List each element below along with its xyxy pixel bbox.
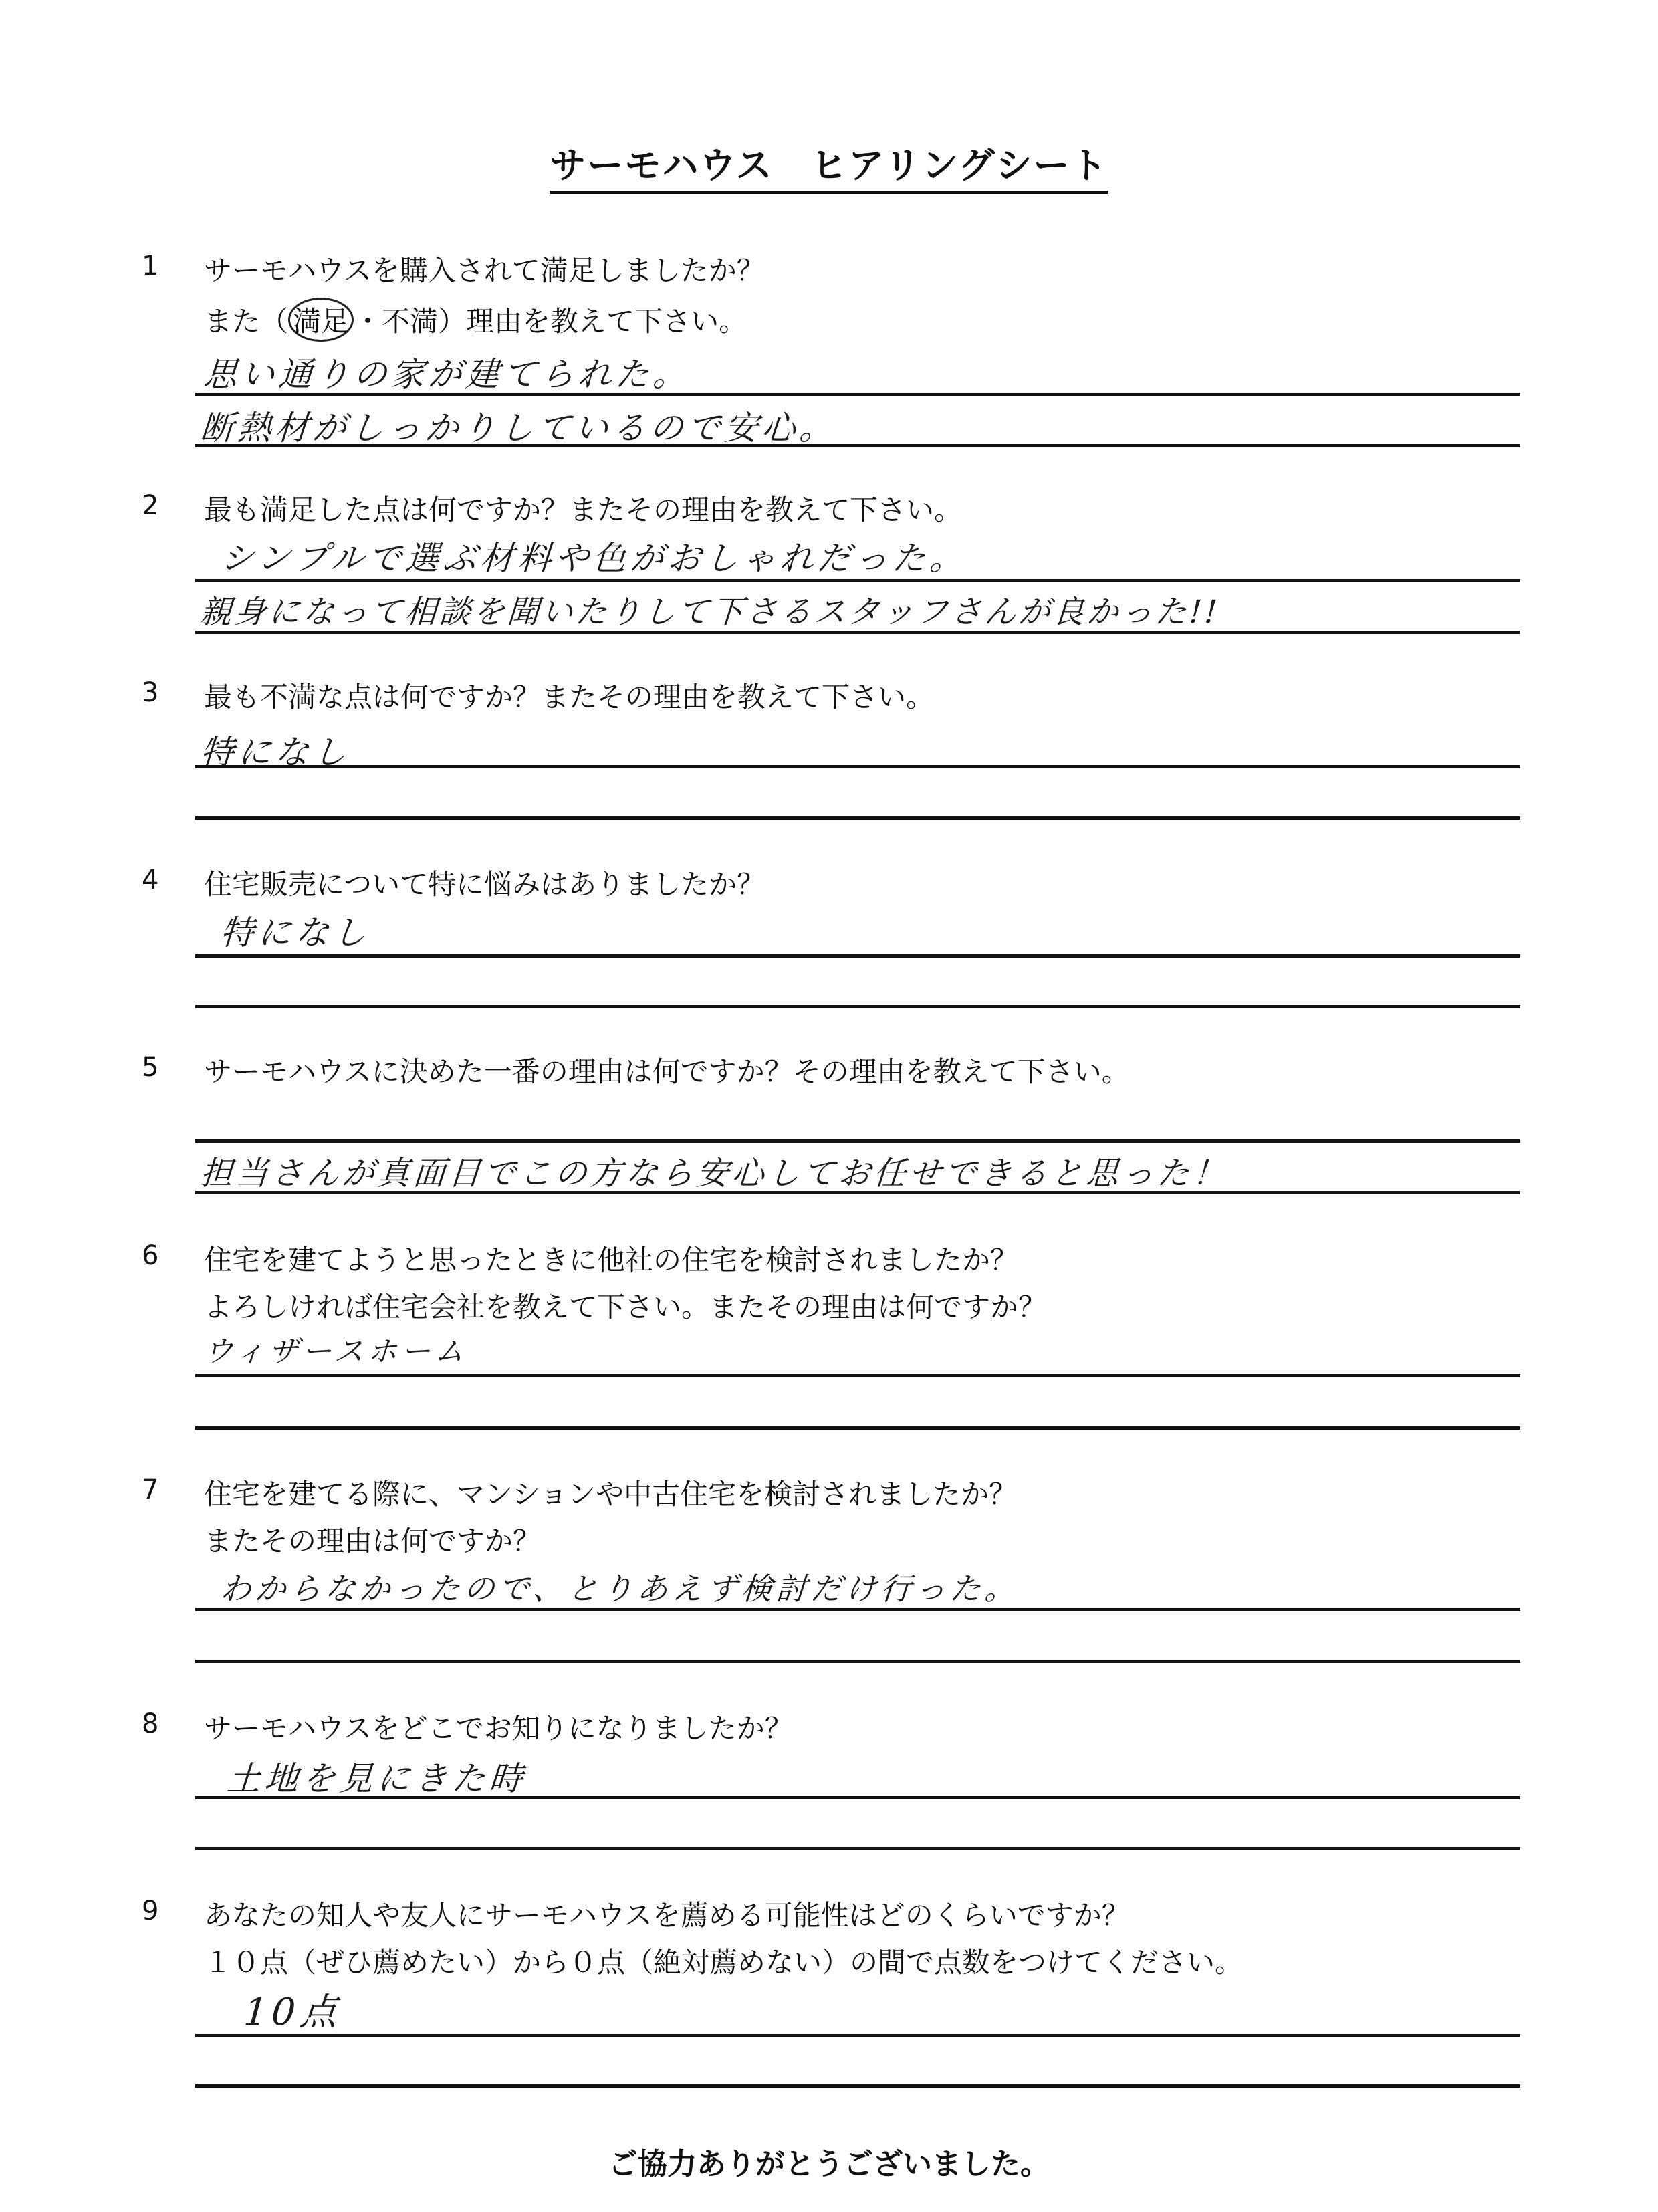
answer-rule bbox=[195, 1660, 1520, 1663]
answer-rule bbox=[195, 1374, 1520, 1377]
answer-rule bbox=[195, 2084, 1520, 2088]
answer-2-line-2[interactable]: 親身になって相談を聞いたりして下さるスタッフさんが良かった!! bbox=[199, 587, 1221, 632]
answer-1-line-2[interactable]: 断熱材がしっかりしているので安心。 bbox=[199, 401, 838, 449]
question-9-number: 9 bbox=[142, 1896, 158, 1926]
answer-rule bbox=[195, 444, 1520, 447]
answer-rule bbox=[195, 2034, 1520, 2037]
question-7-text-2: またその理由は何ですか？ bbox=[204, 1519, 541, 1559]
answer-9-score[interactable]: 10点 bbox=[242, 1983, 343, 2036]
question-9-text-2: １０点（ぜひ薦めたい）から０点（絶対薦めない）の間で点数をつけてください。 bbox=[204, 1941, 1243, 1981]
question-3-text: 最も不満な点は何ですか？またその理由を教えて下さい。 bbox=[204, 675, 934, 715]
answer-2-line-1[interactable]: シンプルで選ぶ材料や色がおしゃれだった。 bbox=[219, 532, 969, 580]
answer-7-line-1[interactable]: わからなかったので、とりあえず検討だけ行った。 bbox=[219, 1565, 1022, 1609]
thank-you-message: ご協力ありがとうございました。 bbox=[0, 2140, 1658, 2183]
answer-rule bbox=[195, 579, 1520, 582]
question-6-text-2: よろしければ住宅会社を教えて下さい。またその理由は何ですか？ bbox=[204, 1285, 1046, 1325]
question-2-number: 2 bbox=[142, 490, 158, 521]
question-3-number: 3 bbox=[142, 677, 158, 708]
answer-rule bbox=[195, 1191, 1520, 1194]
answer-rule bbox=[195, 1608, 1520, 1611]
question-7-number: 7 bbox=[142, 1474, 158, 1505]
answer-rule bbox=[195, 1796, 1520, 1799]
question-1-text: サーモハウスを購入されて満足しましたか？ bbox=[204, 249, 765, 289]
question-8-number: 8 bbox=[142, 1708, 158, 1739]
answer-rule bbox=[195, 1005, 1520, 1008]
answer-rule bbox=[195, 765, 1520, 768]
question-2-text: 最も満足した点は何ですか？またその理由を教えて下さい。 bbox=[204, 488, 962, 528]
question-7-text-1: 住宅を建てる際に、マンションや中古住宅を検討されましたか？ bbox=[204, 1472, 1017, 1513]
answer-4-line-1[interactable]: 特になし bbox=[219, 906, 372, 954]
question-5-number: 5 bbox=[142, 1052, 158, 1083]
question-9-text-1: あなたの知人や友人にサーモハウスを薦める可能性はどのくらいですか？ bbox=[204, 1894, 1130, 1934]
page-title: サーモハウス ヒアリングシート bbox=[0, 137, 1658, 189]
question-6-number: 6 bbox=[142, 1240, 158, 1271]
answer-rule bbox=[195, 393, 1520, 396]
answer-1-line-1[interactable]: 思い通りの家が建てられた。 bbox=[202, 348, 692, 396]
question-4-text: 住宅販売について特に悩みはありましたか？ bbox=[204, 863, 765, 903]
question-8-text: サーモハウスをどこでお知りになりましたか？ bbox=[204, 1706, 793, 1747]
question-1-number: 1 bbox=[142, 251, 158, 282]
question-6-text-1: 住宅を建てようと思ったときに他社の住宅を検討されましたか？ bbox=[204, 1238, 1018, 1279]
selected-choice-circle: 満足 bbox=[288, 298, 354, 342]
answer-rule bbox=[195, 1426, 1520, 1430]
question-4-number: 4 bbox=[142, 865, 158, 895]
answer-5-line-2[interactable]: 担当さんが真面目でこの方なら安心してお任せできると思った！ bbox=[199, 1147, 1230, 1194]
answer-rule bbox=[195, 1139, 1520, 1143]
answer-8-line-1[interactable]: 土地を見にきた時 bbox=[225, 1752, 528, 1800]
answer-6-line-1[interactable]: ウィザースホーム bbox=[203, 1327, 470, 1370]
answer-rule bbox=[195, 1847, 1520, 1850]
question-5-text: サーモハウスに決めた一番の理由は何ですか？その理由を教えて下さい。 bbox=[204, 1050, 1130, 1090]
answer-rule bbox=[195, 631, 1520, 634]
question-1-choice: また（満足・不満）理由を教えて下さい。 bbox=[204, 300, 747, 340]
answer-rule bbox=[195, 816, 1520, 820]
answer-rule bbox=[195, 954, 1520, 958]
